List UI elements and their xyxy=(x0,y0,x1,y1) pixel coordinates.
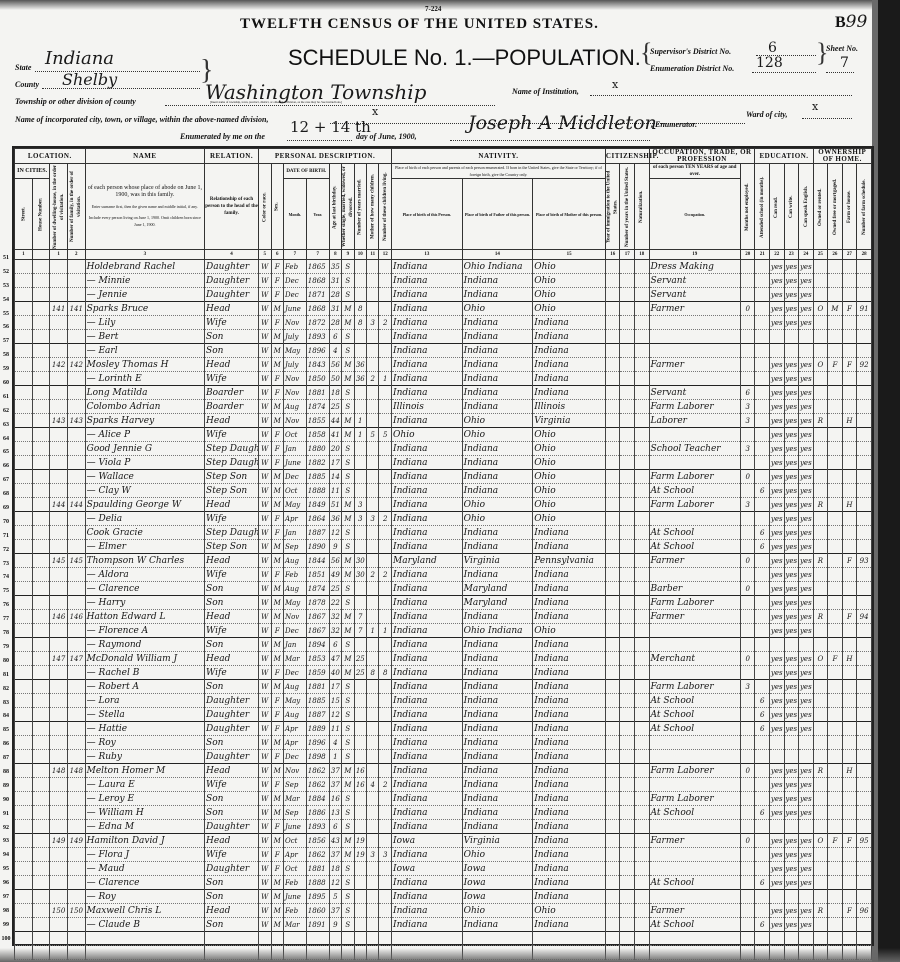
family-cell xyxy=(67,736,85,750)
house-number-cell xyxy=(32,750,50,764)
birthplace-cell: Indiana xyxy=(392,694,463,708)
table-row: — StellaDaughterWFAug188712SIndianaIndia… xyxy=(15,708,872,722)
can-read-cell xyxy=(769,736,784,750)
owned-rented-cell xyxy=(813,456,828,470)
occupation-cell: Farmer xyxy=(649,610,740,624)
relation-cell: Son xyxy=(205,638,259,652)
institution-label: Name of Institution, xyxy=(512,87,579,96)
school-months-cell xyxy=(755,568,770,582)
mother-birthplace-cell: Indiana xyxy=(533,778,606,792)
color-cell: W xyxy=(259,526,271,540)
township-label: Township or other division of county xyxy=(15,97,136,106)
house-number-cell xyxy=(32,638,50,652)
can-read-cell: yes xyxy=(769,442,784,456)
father-birthplace-cell: Iowa xyxy=(462,876,533,890)
years-married-cell: 30 xyxy=(354,554,366,568)
institution-line xyxy=(590,95,852,96)
color-cell: W xyxy=(259,834,271,848)
children-living-cell: 1 xyxy=(379,372,392,386)
line-number: 88 xyxy=(0,766,12,780)
owned-rented-cell: O xyxy=(813,358,828,372)
birth-year-cell: 1887 xyxy=(306,526,329,540)
mortgage-cell xyxy=(828,820,843,834)
can-speak-cell: yes xyxy=(799,302,814,316)
can-speak-cell: yes xyxy=(799,316,814,330)
header-relation: RELATION. xyxy=(205,149,259,164)
mother-of-cell xyxy=(367,596,379,610)
father-birthplace-cell: Indiana xyxy=(462,694,533,708)
marital-cell: M xyxy=(342,358,354,372)
birthplace-cell: Indiana xyxy=(392,344,463,358)
house-number-cell xyxy=(32,652,50,666)
street-cell xyxy=(15,372,33,386)
birth-year-cell: 1859 xyxy=(306,666,329,680)
mortgage-cell xyxy=(828,372,843,386)
birthplace-cell: Indiana xyxy=(392,638,463,652)
years-married-cell xyxy=(354,708,366,722)
relation-cell: Son xyxy=(205,792,259,806)
family-cell xyxy=(67,722,85,736)
can-speak-cell: yes xyxy=(799,666,814,680)
house-number-cell xyxy=(32,302,50,316)
header-personal: PERSONAL DESCRIPTION. xyxy=(259,149,392,164)
house-number-cell xyxy=(32,904,50,918)
mother-birthplace-cell: Ohio xyxy=(533,470,606,484)
scan-edge-top xyxy=(0,0,900,10)
name-cell: — Delia xyxy=(85,512,204,526)
years-married-cell: 8 xyxy=(354,302,366,316)
mother-birthplace-cell: Ohio xyxy=(533,512,606,526)
owned-rented-cell xyxy=(813,428,828,442)
sex-cell: F xyxy=(271,442,283,456)
enumerator-name: Joseph A Middleton xyxy=(468,112,657,134)
birth-year-cell: 1850 xyxy=(306,372,329,386)
house-number-cell xyxy=(32,610,50,624)
can-read-cell: yes xyxy=(769,834,784,848)
house-number-cell xyxy=(32,344,50,358)
dwelling-cell xyxy=(50,372,68,386)
name-cell: — Raymond xyxy=(85,638,204,652)
occupation-cell: Farmer xyxy=(649,302,740,316)
col-marital: Whether single, married, widowed, or div… xyxy=(342,164,354,250)
months-unemployed-cell xyxy=(740,918,755,932)
farm-schedule-cell xyxy=(857,484,872,498)
school-months-cell xyxy=(755,792,770,806)
mother-of-cell: 2 xyxy=(367,568,379,582)
line-number: 52 xyxy=(0,266,12,280)
col-age: Age at last birthday. xyxy=(329,164,341,250)
sex-cell: F xyxy=(271,722,283,736)
sex-cell xyxy=(271,932,283,946)
birth-year-cell: 1881 xyxy=(306,386,329,400)
children-living-cell: 2 xyxy=(379,316,392,330)
family-cell: 147 xyxy=(67,652,85,666)
mother-birthplace-cell: Indiana xyxy=(533,722,606,736)
name-cell: McDonald William J xyxy=(85,652,204,666)
name-cell: — Ruby xyxy=(85,750,204,764)
color-cell: W xyxy=(259,540,271,554)
family-cell: 150 xyxy=(67,904,85,918)
children-living-cell xyxy=(379,750,392,764)
farm-house-cell xyxy=(842,330,857,344)
name-cell: — Viola P xyxy=(85,456,204,470)
table-row: — Leroy ESonWMMar188416SIndianaIndianaIn… xyxy=(15,792,872,806)
line-number: 83 xyxy=(0,697,12,711)
years-married-cell xyxy=(354,736,366,750)
sex-cell: M xyxy=(271,484,283,498)
can-speak-cell: yes xyxy=(799,862,814,876)
name-cell: — Lorinth E xyxy=(85,372,204,386)
birthplace-cell: Iowa xyxy=(392,862,463,876)
occupation-cell: Laborer xyxy=(649,414,740,428)
children-living-cell xyxy=(379,274,392,288)
relation-cell: Step Son xyxy=(205,470,259,484)
birth-month-cell: Dec xyxy=(283,470,306,484)
mortgage-cell xyxy=(828,694,843,708)
birth-month-cell: Dec xyxy=(283,274,306,288)
street-cell xyxy=(15,680,33,694)
family-cell xyxy=(67,862,85,876)
can-write-cell: yes xyxy=(784,470,799,484)
children-living-cell: 2 xyxy=(379,778,392,792)
birthplace-cell: Indiana xyxy=(392,778,463,792)
marital-cell: M xyxy=(342,372,354,386)
birth-year-cell: 1844 xyxy=(306,554,329,568)
color-cell: W xyxy=(259,862,271,876)
farm-schedule-cell xyxy=(857,890,872,904)
months-unemployed-cell xyxy=(740,806,755,820)
birthplace-cell: Indiana xyxy=(392,386,463,400)
can-read-cell: yes xyxy=(769,372,784,386)
family-cell xyxy=(67,708,85,722)
col-years-married: Number of years married. xyxy=(354,164,366,250)
school-months-cell xyxy=(755,820,770,834)
age-cell: 12 xyxy=(329,876,341,890)
mother-of-cell xyxy=(367,400,379,414)
birthplace-cell: Indiana xyxy=(392,820,463,834)
column-number: 26 xyxy=(828,250,843,260)
occupation-cell: Servant xyxy=(649,288,740,302)
street-cell xyxy=(15,792,33,806)
occupation-cell: At School xyxy=(649,526,740,540)
age-cell: 14 xyxy=(329,470,341,484)
school-months-cell xyxy=(755,260,770,274)
col-relation-desc: Relationship of each person to the head … xyxy=(205,164,259,250)
house-number-cell xyxy=(32,918,50,932)
line-number: 89 xyxy=(0,780,12,794)
school-months-cell xyxy=(755,890,770,904)
dwelling-cell xyxy=(50,694,68,708)
immigration-cell xyxy=(605,750,620,764)
naturalization-cell xyxy=(634,890,649,904)
school-months-cell xyxy=(755,638,770,652)
street-cell xyxy=(15,722,33,736)
table-row: — AldoraWifeWFFeb185149M3022IndianaIndia… xyxy=(15,568,872,582)
birth-month-cell: May xyxy=(283,596,306,610)
col-family: Number of family, in the order of visita… xyxy=(67,164,85,250)
naturalization-cell xyxy=(634,848,649,862)
birth-year-cell: 1855 xyxy=(306,414,329,428)
farm-house-cell: F xyxy=(842,554,857,568)
can-write-cell: yes xyxy=(784,498,799,512)
table-row: — Robert ASonWMAug188117SIndianaIndianaI… xyxy=(15,680,872,694)
street-cell xyxy=(15,904,33,918)
birth-month-cell: Sep xyxy=(283,806,306,820)
mother-birthplace-cell: Indiana xyxy=(533,750,606,764)
can-speak-cell: yes xyxy=(799,596,814,610)
farm-schedule-cell: 91 xyxy=(857,302,872,316)
can-speak-cell: yes xyxy=(799,834,814,848)
relation-cell: Wife xyxy=(205,778,259,792)
line-number: 77 xyxy=(0,613,12,627)
naturalization-cell xyxy=(634,260,649,274)
can-write-cell xyxy=(784,820,799,834)
relation-cell: Son xyxy=(205,876,259,890)
birth-month-cell: Aug xyxy=(283,554,306,568)
color-cell: W xyxy=(259,484,271,498)
column-number: 5 xyxy=(259,250,271,260)
marital-cell: M xyxy=(342,778,354,792)
name-cell: Holdebrand Rachel xyxy=(85,260,204,274)
name-cell: Maxwell Chris L xyxy=(85,904,204,918)
mortgage-cell xyxy=(828,400,843,414)
sex-cell: F xyxy=(271,848,283,862)
owned-rented-cell xyxy=(813,848,828,862)
color-cell: W xyxy=(259,596,271,610)
marital-cell: M xyxy=(342,666,354,680)
school-months-cell xyxy=(755,554,770,568)
ward-value: x xyxy=(812,100,818,113)
years-in-us-cell xyxy=(620,302,635,316)
mother-of-cell: 3 xyxy=(367,316,379,330)
relation-cell: Step Son xyxy=(205,540,259,554)
owned-rented-cell: R xyxy=(813,764,828,778)
months-unemployed-cell xyxy=(740,694,755,708)
years-married-cell: 19 xyxy=(354,848,366,862)
line-number: 53 xyxy=(0,280,12,294)
mother-birthplace-cell: Ohio xyxy=(533,442,606,456)
name-cell xyxy=(85,932,204,946)
months-unemployed-cell xyxy=(740,484,755,498)
name-cell: — Alice P xyxy=(85,428,204,442)
marital-cell: M xyxy=(342,414,354,428)
line-number: 91 xyxy=(0,808,12,822)
color-cell: W xyxy=(259,764,271,778)
can-speak-cell: yes xyxy=(799,260,814,274)
mortgage-cell xyxy=(828,498,843,512)
column-number: 16 xyxy=(605,250,620,260)
col-sex: Sex. xyxy=(271,164,283,250)
can-read-cell: yes xyxy=(769,806,784,820)
immigration-cell xyxy=(605,722,620,736)
birthplace-cell: Iowa xyxy=(392,834,463,848)
marital-cell: S xyxy=(342,526,354,540)
farm-schedule-cell xyxy=(857,638,872,652)
line-number: 70 xyxy=(0,516,12,530)
can-write-cell: yes xyxy=(784,260,799,274)
column-number: 28 xyxy=(857,250,872,260)
father-birthplace-cell: Indiana xyxy=(462,568,533,582)
sex-cell: F xyxy=(271,666,283,680)
father-birthplace-cell: Indiana xyxy=(462,526,533,540)
color-cell: W xyxy=(259,568,271,582)
months-unemployed-cell: 6 xyxy=(740,386,755,400)
months-unemployed-cell: 3 xyxy=(740,680,755,694)
birth-year-cell: 1887 xyxy=(306,708,329,722)
years-in-us-cell xyxy=(620,316,635,330)
can-write-cell: yes xyxy=(784,554,799,568)
mother-birthplace-cell: Indiana xyxy=(533,372,606,386)
color-cell: W xyxy=(259,498,271,512)
marital-cell: S xyxy=(342,386,354,400)
can-write-cell: yes xyxy=(784,834,799,848)
column-number: 25 xyxy=(813,250,828,260)
months-unemployed-cell xyxy=(740,330,755,344)
color-cell: W xyxy=(259,330,271,344)
mortgage-cell xyxy=(828,568,843,582)
school-months-cell xyxy=(755,652,770,666)
farm-house-cell xyxy=(842,876,857,890)
birth-month-cell: Feb xyxy=(283,904,306,918)
house-number-cell xyxy=(32,498,50,512)
birth-year-cell: 1881 xyxy=(306,862,329,876)
table-row: 150150Maxwell Chris LHeadWMFeb186037SInd… xyxy=(15,904,872,918)
birthplace-cell: Indiana xyxy=(392,918,463,932)
months-unemployed-cell: 3 xyxy=(740,442,755,456)
occupation-cell xyxy=(649,372,740,386)
dwelling-cell xyxy=(50,680,68,694)
age-cell: 12 xyxy=(329,526,341,540)
can-speak-cell: yes xyxy=(799,694,814,708)
can-speak-cell: yes xyxy=(799,904,814,918)
can-write-cell: yes xyxy=(784,806,799,820)
father-birthplace-cell: Ohio Indiana xyxy=(462,260,533,274)
naturalization-cell xyxy=(634,540,649,554)
children-living-cell xyxy=(379,484,392,498)
birth-month-cell: Apr xyxy=(283,848,306,862)
farm-schedule-cell xyxy=(857,652,872,666)
name-cell: — Jennie xyxy=(85,288,204,302)
mother-birthplace-cell: Indiana xyxy=(533,330,606,344)
dwelling-cell xyxy=(50,848,68,862)
mother-of-cell xyxy=(367,330,379,344)
can-write-cell: yes xyxy=(784,624,799,638)
line-numbers: 5152535455565758596061626364656667686970… xyxy=(0,252,12,947)
street-cell xyxy=(15,862,33,876)
years-married-cell: 1 xyxy=(354,414,366,428)
mortgage-cell xyxy=(828,876,843,890)
table-row: — Viola PStep DaughterWFJune188217SIndia… xyxy=(15,456,872,470)
sex-cell: F xyxy=(271,750,283,764)
months-unemployed-cell: 3 xyxy=(740,414,755,428)
months-unemployed-cell: 0 xyxy=(740,764,755,778)
years-in-us-cell xyxy=(620,428,635,442)
color-cell: W xyxy=(259,456,271,470)
col-can-write: Can write. xyxy=(784,164,799,250)
farm-schedule-cell xyxy=(857,498,872,512)
children-living-cell: 2 xyxy=(379,568,392,582)
immigration-cell xyxy=(605,652,620,666)
name-cell: Hamilton David J xyxy=(85,834,204,848)
can-read-cell: yes xyxy=(769,288,784,302)
children-living-cell xyxy=(379,792,392,806)
naturalization-cell xyxy=(634,792,649,806)
dwelling-cell xyxy=(50,876,68,890)
birth-month-cell: Oct xyxy=(283,834,306,848)
color-cell: W xyxy=(259,638,271,652)
occupation-cell xyxy=(649,890,740,904)
table-row: — RoySonWMApr18964SIndianaIndianaIndiana xyxy=(15,736,872,750)
farm-schedule-cell xyxy=(857,470,872,484)
can-read-cell: yes xyxy=(769,484,784,498)
age-cell: 16 xyxy=(329,792,341,806)
column-number: 1 xyxy=(15,250,33,260)
owned-rented-cell xyxy=(813,736,828,750)
street-cell xyxy=(15,274,33,288)
immigration-cell xyxy=(605,554,620,568)
house-number-cell xyxy=(32,820,50,834)
birthplace-cell: Ohio xyxy=(392,428,463,442)
street-cell xyxy=(15,750,33,764)
color-cell xyxy=(259,932,271,946)
months-unemployed-cell xyxy=(740,722,755,736)
table-row: 144144Spaulding George WHeadWMMay184951M… xyxy=(15,498,872,512)
dwelling-cell xyxy=(50,624,68,638)
mother-birthplace-cell: Indiana xyxy=(533,862,606,876)
mother-of-cell xyxy=(367,918,379,932)
can-read-cell: yes xyxy=(769,260,784,274)
occupation-cell: Farm Laborer xyxy=(649,680,740,694)
children-living-cell: 3 xyxy=(379,848,392,862)
immigration-cell xyxy=(605,512,620,526)
color-cell: W xyxy=(259,358,271,372)
street-cell xyxy=(15,456,33,470)
family-cell xyxy=(67,582,85,596)
can-write-cell xyxy=(784,932,799,946)
header-education: EDUCATION. xyxy=(755,149,813,164)
name-cell: — Robert A xyxy=(85,680,204,694)
line-number: 67 xyxy=(0,474,12,488)
naturalization-cell xyxy=(634,428,649,442)
marital-cell xyxy=(342,932,354,946)
birth-month-cell: Nov xyxy=(283,316,306,330)
years-in-us-cell xyxy=(620,918,635,932)
mother-of-cell xyxy=(367,442,379,456)
mother-of-cell xyxy=(367,274,379,288)
birth-year-cell: 1891 xyxy=(306,918,329,932)
age-cell: 40 xyxy=(329,666,341,680)
school-months-cell xyxy=(755,680,770,694)
children-living-cell xyxy=(379,288,392,302)
children-living-cell xyxy=(379,470,392,484)
dwelling-cell xyxy=(50,456,68,470)
mother-birthplace-cell xyxy=(533,932,606,946)
birth-year-cell: 1868 xyxy=(306,274,329,288)
table-row: — RaymondSonWMJan18946SIndianaIndianaInd… xyxy=(15,638,872,652)
scan-edge-bottom xyxy=(0,948,900,962)
naturalization-cell xyxy=(634,834,649,848)
ward-line xyxy=(802,118,852,119)
table-row: — Lorinth EWifeWFNov185050M3621IndianaIn… xyxy=(15,372,872,386)
line-number: 58 xyxy=(0,349,12,363)
years-in-us-cell xyxy=(620,890,635,904)
children-living-cell xyxy=(379,456,392,470)
mortgage-cell xyxy=(828,596,843,610)
marital-cell: S xyxy=(342,470,354,484)
birth-month-cell: July xyxy=(283,330,306,344)
mortgage-cell xyxy=(828,624,843,638)
color-cell: W xyxy=(259,918,271,932)
